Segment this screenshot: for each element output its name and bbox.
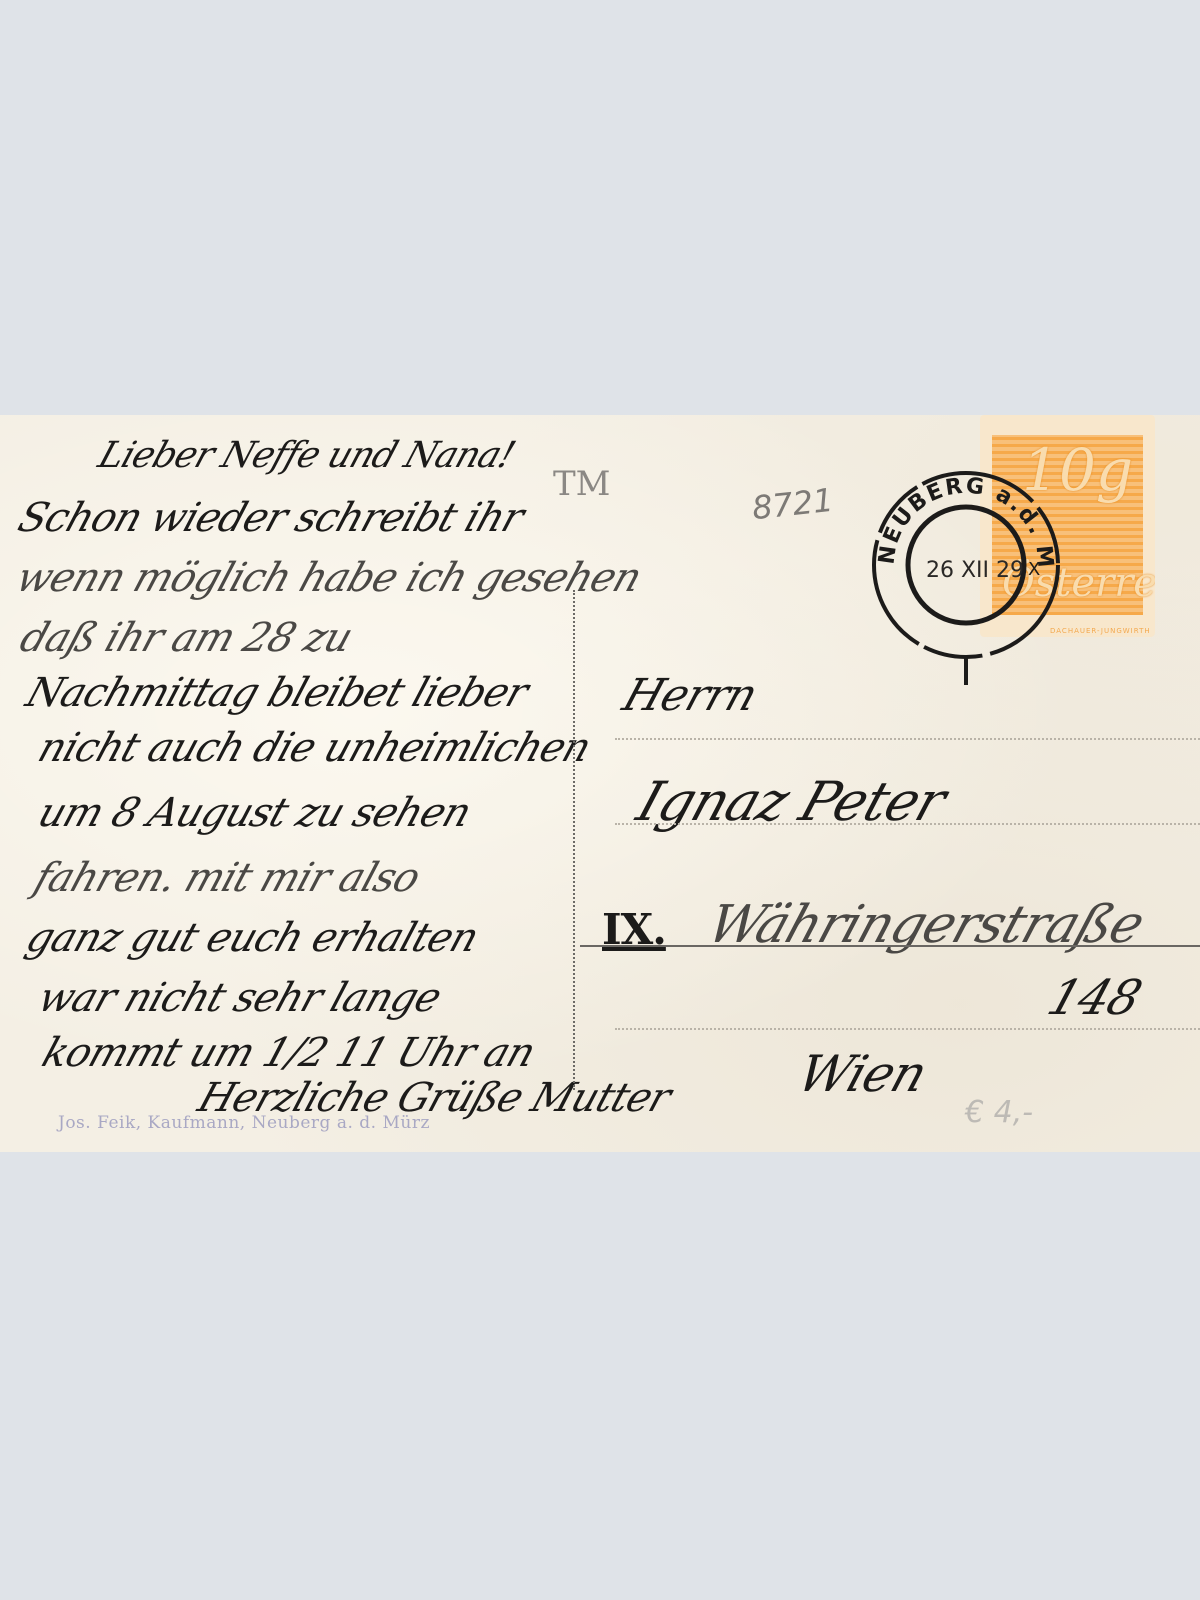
svg-text:X: X xyxy=(1028,559,1040,580)
publisher-monogram: TM xyxy=(553,467,611,501)
message-line: Lieber Neffe und Nana! xyxy=(93,435,519,476)
publisher-imprint: Jos. Feik, Kaufmann, Neuberg a. d. Mürz xyxy=(58,1113,430,1133)
address-line xyxy=(615,823,1200,825)
postmark-icon: NEUBERG a.d. MÜRZ 26 XII 29 X xyxy=(866,455,1066,695)
message-line: um 8 August zu sehen xyxy=(33,790,477,836)
message-line: Nachmittag bleibet lieber xyxy=(21,670,534,716)
message-line: Schon wieder schreibt ihr xyxy=(13,495,529,541)
message-line: kommt um 1/2 11 Uhr an xyxy=(37,1030,541,1076)
message-line: daß ihr am 28 zu xyxy=(15,615,358,661)
address-line xyxy=(615,738,1200,740)
svg-text:NEUBERG a.d. MÜRZ: NEUBERG a.d. MÜRZ xyxy=(856,435,1058,571)
postcard-back: Lieber Neffe und Nana! Schon wieder schr… xyxy=(0,415,1200,1152)
address-line xyxy=(615,1028,1200,1030)
message-line: wenn möglich habe ich gesehen xyxy=(11,555,647,601)
svg-text:26 XII 29: 26 XII 29 xyxy=(926,558,1024,583)
address-salutation: Herrn xyxy=(617,670,763,721)
address-house-number: 148 xyxy=(1041,970,1148,1026)
address-city: Wien xyxy=(791,1045,934,1103)
address-line xyxy=(580,945,1200,947)
pencil-price: € 4,- xyxy=(965,1095,1033,1130)
postmark-place: NEUBERG a.d. MÜRZ xyxy=(856,435,1058,571)
message-line: war nicht sehr lange xyxy=(33,975,447,1021)
pencil-inventory-number: 8721 xyxy=(750,481,835,527)
message-line: fahren. mit mir also xyxy=(29,855,426,901)
message-line: ganz gut euch erhalten xyxy=(21,915,484,961)
postmark-cancel: NEUBERG a.d. MÜRZ 26 XII 29 X xyxy=(866,455,1066,655)
message-line: nicht auch die unheimlichen xyxy=(33,725,597,771)
center-divider xyxy=(573,590,575,1090)
